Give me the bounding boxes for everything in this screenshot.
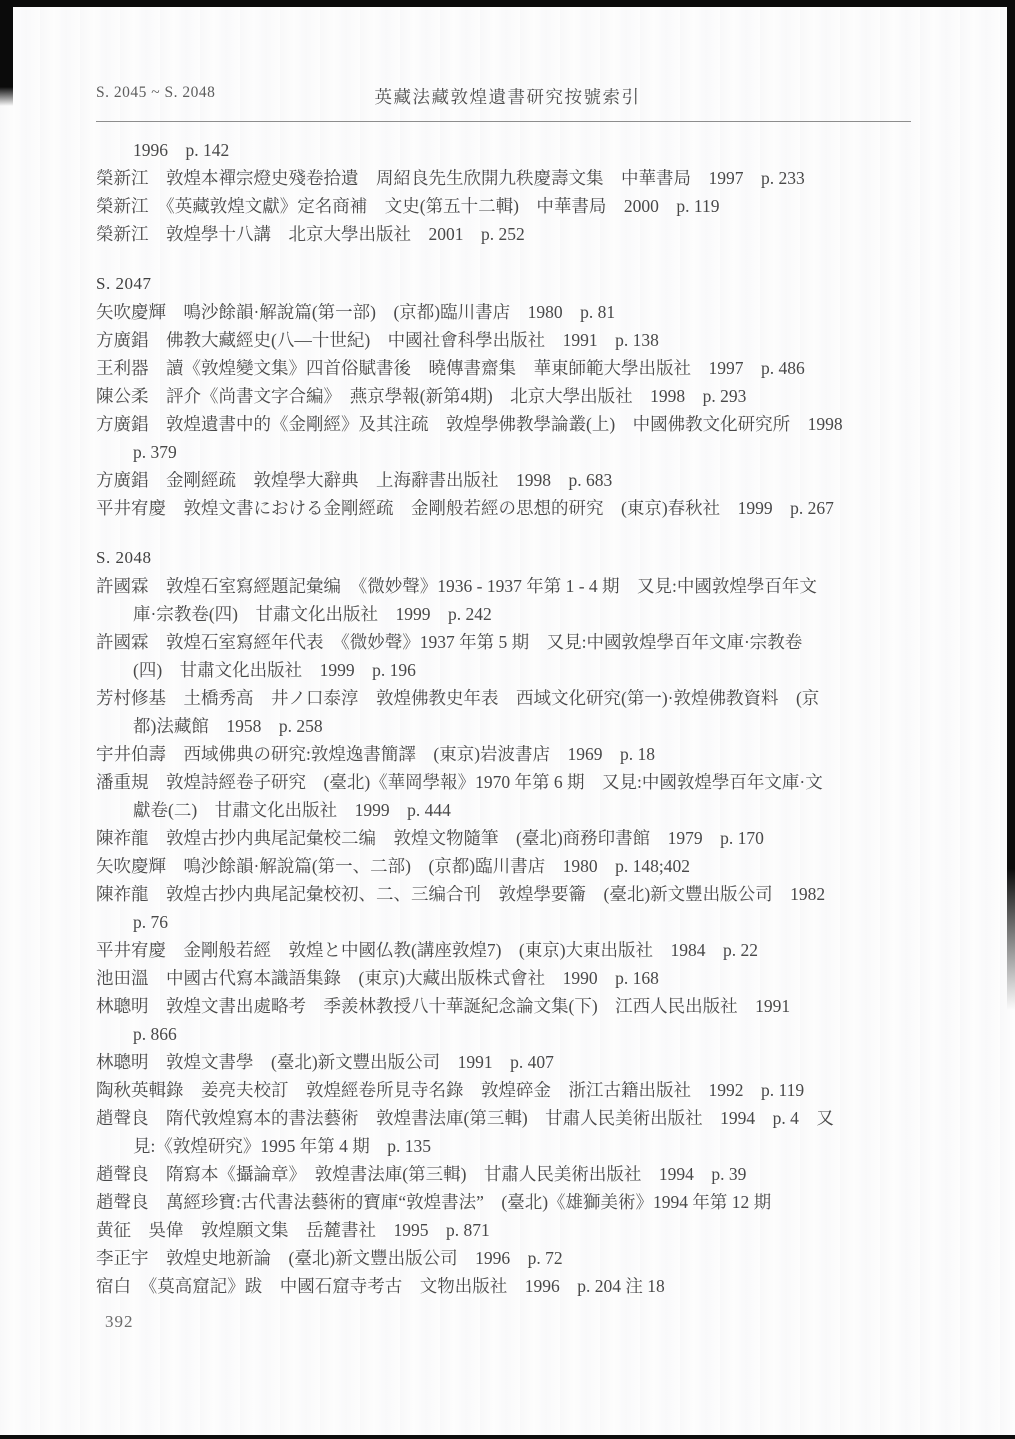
bibliography-entry-line: 平井宥慶 金剛般若經 敦煌と中國仏教(講座敦煌7) (東京)大東出版社 1984…	[96, 936, 951, 964]
bibliography-section: S. 2048許國霖 敦煌石室寫經題記彙编 《微妙聲》1936 - 1937 年…	[96, 544, 951, 1300]
bibliography-entry-line: 榮新江 《英藏敦煌文獻》定名商補 文史(第五十二輯) 中華書局 2000 p. …	[96, 192, 951, 220]
bibliography-entry-line: 芳村修基 土橋秀高 井ノ口泰淳 敦煌佛教史年表 西域文化研究(第一)·敦煌佛教資…	[96, 684, 951, 712]
section-heading: S. 2047	[96, 270, 951, 298]
bibliography-section: 1996 p. 142榮新江 敦煌本禪宗燈史殘卷拾遺 周紹良先生欣開九秩慶壽文集…	[96, 136, 951, 248]
bibliography-entry-line: 許國霖 敦煌石室寫經年代表 《微妙聲》1937 年第 5 期 又見:中國敦煌學百…	[96, 628, 951, 656]
bibliography-entry-line: 獻卷(二) 甘肅文化出版社 1999 p. 444	[96, 796, 951, 824]
bibliography-entry-line: 方廣錩 佛教大藏經史(八—十世紀) 中國社會科學出版社 1991 p. 138	[96, 326, 951, 354]
bibliography-entry-line: p. 76	[96, 908, 951, 936]
scan-edge-bottom	[0, 1435, 1015, 1439]
bibliography-entry-line: p. 379	[96, 438, 951, 466]
scanned-page: S. 2045 ~ S. 2048 英藏法藏敦煌遺書研究按號索引 1996 p.…	[0, 0, 1015, 1439]
bibliography-entry-line: 方廣錩 敦煌遺書中的《金剛經》及其注疏 敦煌學佛教學論叢(上) 中國佛教文化研究…	[96, 410, 951, 438]
bibliography-entry-line: 黄征 吳偉 敦煌願文集 岳麓書社 1995 p. 871	[96, 1216, 951, 1244]
bibliography-entry-line: 見:《敦煌研究》1995 年第 4 期 p. 135	[96, 1132, 951, 1160]
bibliography-entry-line: 陳公柔 評介《尚書文字合編》 燕京學報(新第4期) 北京大學出版社 1998 p…	[96, 382, 951, 410]
bibliography-entry-line: 矢吹慶輝 鳴沙餘韻·解說篇(第一、二部) (京都)臨川書店 1980 p. 14…	[96, 852, 951, 880]
header-rule	[96, 121, 911, 122]
bibliography-entry-line: 陶秋英輯錄 姜亮夫校訂 敦煌經卷所見寺名錄 敦煌碎金 浙江古籍出版社 1992 …	[96, 1076, 951, 1104]
bibliography-entry-line: 李正宇 敦煌史地新論 (臺北)新文豐出版公司 1996 p. 72	[96, 1244, 951, 1272]
page-number: 392	[105, 1312, 134, 1332]
bibliography-entry-line: 潘重規 敦煌詩經卷子研究 (臺北)《華岡學報》1970 年第 6 期 又見:中國…	[96, 768, 951, 796]
bibliography-entry-line: 都)法藏館 1958 p. 258	[96, 712, 951, 740]
bibliography-entry-line: 方廣錩 金剛經疏 敦煌學大辭典 上海辭書出版社 1998 p. 683	[96, 466, 951, 494]
bibliography-entry-line: 1996 p. 142	[96, 136, 951, 164]
bibliography-entry-line: 趙聲良 隋寫本《攝論章》 敦煌書法庫(第三輯) 甘肅人民美術出版社 1994 p…	[96, 1160, 951, 1188]
bibliography-section: S. 2047矢吹慶輝 鳴沙餘韻·解說篇(第一部) (京都)臨川書店 1980 …	[96, 270, 951, 522]
bibliography-entry-line: 宇井伯壽 西域佛典の研究:敦煌逸書簡譯 (東京)岩波書店 1969 p. 18	[96, 740, 951, 768]
bibliography-entry-line: 平井宥慶 敦煌文書における金剛經疏 金剛般若經の思想的研究 (東京)春秋社 19…	[96, 494, 951, 522]
bibliography-entry-line: 趙聲良 萬經珍寶:古代書法藝術的寶庫“敦煌書法” (臺北)《雄獅美術》1994 …	[96, 1188, 951, 1216]
bibliography-entry-line: 矢吹慶輝 鳴沙餘韻·解說篇(第一部) (京都)臨川書店 1980 p. 81	[96, 298, 951, 326]
bibliography-entry-line: 王利器 讀《敦煌變文集》四首俗賦書後 曉傳書齋集 華東師範大學出版社 1997 …	[96, 354, 951, 382]
bibliography-entry-line: p. 866	[96, 1020, 951, 1048]
bibliography-entry-line: 榮新江 敦煌學十八講 北京大學出版社 2001 p. 252	[96, 220, 951, 248]
bibliography-entry-line: 林聰明 敦煌文書學 (臺北)新文豐出版公司 1991 p. 407	[96, 1048, 951, 1076]
bibliography-entry-line: 宿白 《莫高窟記》跋 中國石窟寺考古 文物出版社 1996 p. 204 注 1…	[96, 1272, 951, 1300]
bibliography-entry-line: 陳祚龍 敦煌古抄内典尾記彙校初、二、三编合刊 敦煌學要籥 (臺北)新文豐出版公司…	[96, 880, 951, 908]
bibliography-entry-line: (四) 甘肅文化出版社 1999 p. 196	[96, 656, 951, 684]
bibliography-entry-line: 陳祚龍 敦煌古抄内典尾記彙校二编 敦煌文物隨筆 (臺北)商務印書館 1979 p…	[96, 824, 951, 852]
bibliography-entry-line: 池田溫 中國古代寫本識語集錄 (東京)大藏出版株式會社 1990 p. 168	[96, 964, 951, 992]
bibliography-entry-line: 許國霖 敦煌石室寫經題記彙编 《微妙聲》1936 - 1937 年第 1 - 4…	[96, 572, 951, 600]
bibliography-entry-line: 庫·宗教卷(四) 甘肅文化出版社 1999 p. 242	[96, 600, 951, 628]
header-shelfmark-range: S. 2045 ~ S. 2048	[96, 84, 215, 102]
bibliography-entry-line: 林聰明 敦煌文書出處略考 季羨林教授八十華誕紀念論文集(下) 江西人民出版社 1…	[96, 992, 951, 1020]
bibliography-entry-line: 榮新江 敦煌本禪宗燈史殘卷拾遺 周紹良先生欣開九秩慶壽文集 中華書局 1997 …	[96, 164, 951, 192]
scan-edge-right	[1007, 0, 1015, 1010]
bibliography-entry-line: 趙聲良 隋代敦煌寫本的書法藝術 敦煌書法庫(第三輯) 甘肅人民美術出版社 199…	[96, 1104, 951, 1132]
section-heading: S. 2048	[96, 544, 951, 572]
page-header: S. 2045 ~ S. 2048 英藏法藏敦煌遺書研究按號索引	[0, 0, 1015, 113]
bibliography-content: 1996 p. 142榮新江 敦煌本禪宗燈史殘卷拾遺 周紹良先生欣開九秩慶壽文集…	[96, 136, 951, 1300]
